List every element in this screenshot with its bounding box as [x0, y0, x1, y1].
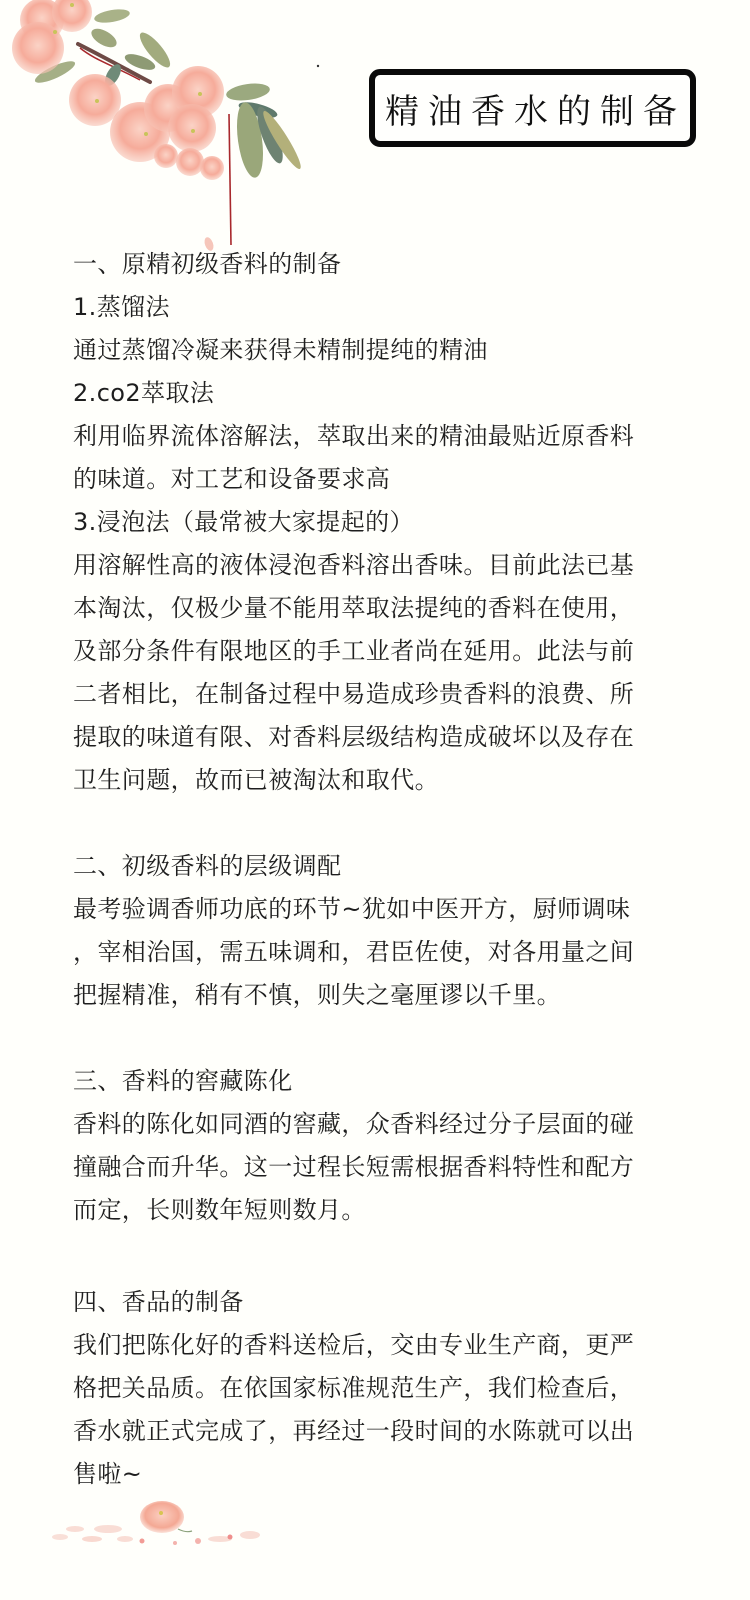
- section-heading: 四、香品的制备: [73, 1281, 698, 1324]
- paragraph-line: 撞融合而升华。这一过程长短需根据香料特性和配方: [73, 1146, 698, 1189]
- method-description-line: 用溶解性高的液体浸泡香料溶出香味。目前此法已基: [73, 544, 698, 587]
- paragraph-line: 而定，长则数年短则数月。: [73, 1189, 698, 1232]
- paragraph-line: 香水就正式完成了，再经过一段时间的水陈就可以出: [73, 1410, 698, 1453]
- method-description-line: 的味道。对工艺和设备要求高: [73, 458, 698, 501]
- section-heading: 二、初级香料的层级调配: [73, 845, 698, 888]
- method-subheading: 2.co2萃取法: [73, 372, 698, 415]
- section-heading: 三、香料的窖藏陈化: [73, 1060, 698, 1103]
- paragraph-line: 最考验调香师功底的环节~犹如中医开方，厨师调味: [73, 888, 698, 931]
- method-subheading: 3.浸泡法（最常被大家提起的）: [73, 501, 698, 544]
- title-box: 精油香水的制备: [369, 69, 696, 147]
- section-spacer: [73, 1017, 698, 1060]
- section-spacer: [73, 802, 698, 845]
- section-heading: 一、原精初级香料的制备: [73, 243, 698, 286]
- page-title: 精油香水的制备: [379, 84, 686, 133]
- section-spacer: [73, 1232, 698, 1281]
- cherry-blossom-branch-illustration: [0, 0, 320, 260]
- method-description-line: 二者相比，在制备过程中易造成珍贵香料的浪费、所: [73, 673, 698, 716]
- paragraph-line: 香料的陈化如同酒的窖藏，众香料经过分子层面的碰: [73, 1103, 698, 1146]
- peony-petals-illustration: [30, 1495, 270, 1555]
- paragraph-line: 把握精准，稍有不慎，则失之毫厘谬以千里。: [73, 974, 698, 1017]
- method-description-line: 及部分条件有限地区的手工业者尚在延用。此法与前: [73, 630, 698, 673]
- method-description-line: 卫生问题，故而已被淘汰和取代。: [73, 759, 698, 802]
- method-description-line: 利用临界流体溶解法，萃取出来的精油最贴近原香料: [73, 415, 698, 458]
- paragraph-line: 售啦~: [73, 1453, 698, 1496]
- method-description: 通过蒸馏冷凝来获得未精制提纯的精油: [73, 329, 698, 372]
- method-description-line: 本淘汰，仅极少量不能用萃取法提纯的香料在使用，: [73, 587, 698, 630]
- paragraph-line: ，宰相治国，需五味调和，君臣佐使，对各用量之间: [73, 931, 698, 974]
- method-description-line: 提取的味道有限、对香料层级结构造成破坏以及存在: [73, 716, 698, 759]
- article-body: 一、原精初级香料的制备 1.蒸馏法 通过蒸馏冷凝来获得未精制提纯的精油 2.co…: [73, 243, 698, 1496]
- method-subheading: 1.蒸馏法: [73, 286, 698, 329]
- paragraph-line: 我们把陈化好的香料送检后，交由专业生产商，更严: [73, 1324, 698, 1367]
- paragraph-line: 格把关品质。在依国家标准规范生产，我们检查后，: [73, 1367, 698, 1410]
